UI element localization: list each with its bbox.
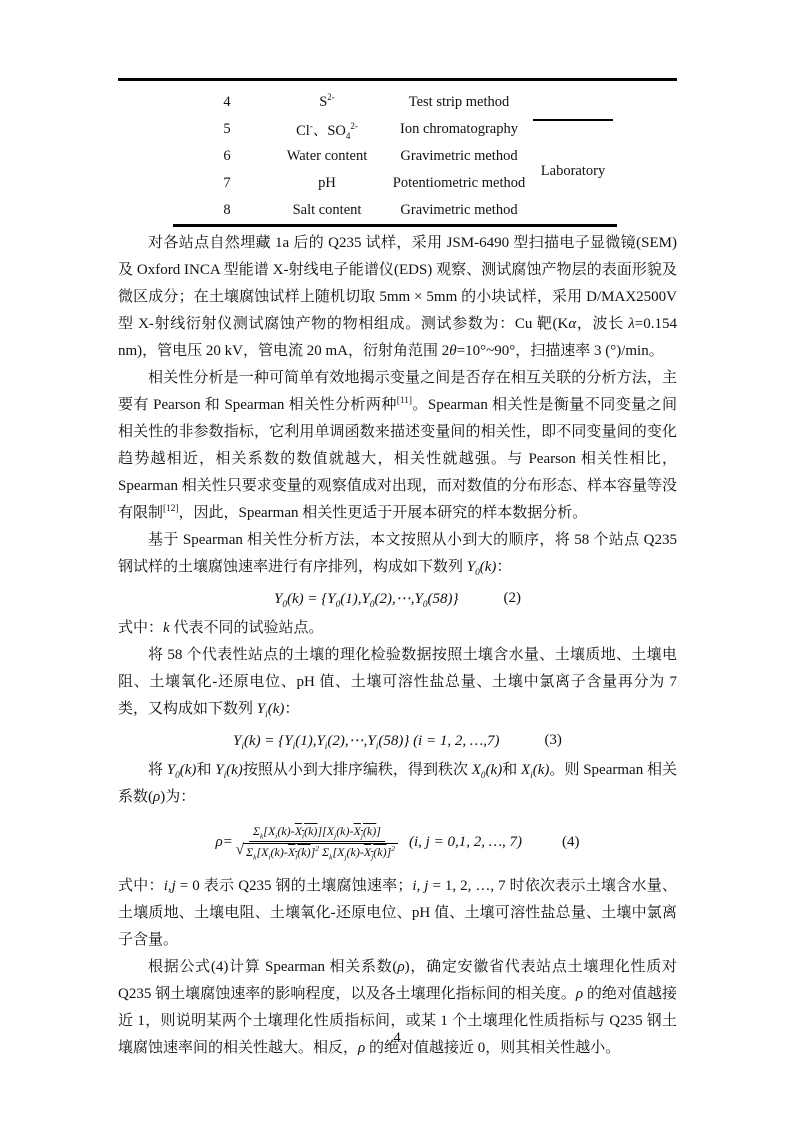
- table-cell-item: Salt content: [277, 202, 377, 219]
- table-cell-item: pH: [277, 175, 377, 192]
- equation: Y0(k) = {Y0(1),Y0(2),⋯,Y0(58)}(2): [118, 583, 677, 613]
- fraction-numerator: Σk[Xi(k)-Xi(k)][Xj(k)-Xj(k)]: [249, 824, 385, 842]
- table-bottom-rule: [173, 224, 617, 227]
- radicand: Σk[Xi(k)-Xi(k)]2 Σk[Xj(k)-Xj(k)]2: [243, 843, 398, 860]
- paragraph: 将 58 个代表性站点的土壤的理化检验数据按照土壤含水量、土壤质地、土壤电阻、土…: [118, 642, 677, 723]
- table-cell-method: Gravimetric method: [377, 202, 541, 219]
- text-block: 4 S2- Test strip method 5 Cl-、SO42- Ion …: [118, 78, 677, 1062]
- paragraph: 式中：i,j = 0 表示 Q235 钢的土壤腐蚀速率；i, j = 1, 2,…: [118, 873, 677, 954]
- table-cell-number: 8: [177, 202, 277, 219]
- equation-expression: Y0(k) = {Y0(1),Y0(2),⋯,Y0(58)}: [274, 589, 459, 608]
- table-cell-method: Ion chromatography: [377, 121, 541, 138]
- equation-number: (2): [504, 590, 522, 607]
- paragraph: 式中：k 代表不同的试验站点。: [118, 615, 677, 642]
- table-body: 4 S2- Test strip method 5 Cl-、SO42- Ion …: [118, 81, 677, 224]
- equation: ρ=Σk[Xi(k)-Xi(k)][Xj(k)-Xj(k)]√Σk[Xi(k)-…: [118, 813, 677, 871]
- table-cell-item: Cl-、SO42-: [277, 119, 377, 140]
- equation-number: (3): [544, 732, 562, 749]
- table-cell-number: 7: [177, 175, 277, 192]
- paragraph: 相关性分析是一种可简单有效地揭示变量之间是否存在相互关联的分析方法，主要有 Pe…: [118, 365, 677, 527]
- table-cell-number: 4: [177, 94, 277, 111]
- paragraph: 将 Y0(k)和 Yi(k)按照从小到大排序编秩，得到秩次 X0(k)和 Xi(…: [118, 757, 677, 811]
- fraction-denominator: √Σk[Xi(k)-Xi(k)]2 Σk[Xj(k)-Xj(k)]2: [236, 842, 398, 860]
- lab-cell: Laboratory: [523, 163, 623, 180]
- table-cell-item: S2-: [277, 94, 377, 111]
- table-cell-item: Water content: [277, 148, 377, 165]
- table-cell-method: Test strip method: [377, 94, 541, 111]
- table-cell-method: Gravimetric method: [377, 148, 541, 165]
- lab-column-divider: [533, 119, 613, 121]
- table-cell-number: 6: [177, 148, 277, 165]
- paragraph: 基于 Spearman 相关性分析方法，本文按照从小到大的顺序，将 58 个站点…: [118, 527, 677, 581]
- equation-lhs: ρ=: [215, 834, 232, 851]
- fraction: Σk[Xi(k)-Xi(k)][Xj(k)-Xj(k)]√Σk[Xi(k)-Xi…: [236, 824, 398, 860]
- equation-condition: (i, j = 0,1, 2, …, 7): [409, 834, 522, 851]
- table-row: 4 S2- Test strip method: [118, 89, 677, 116]
- equation-expression: Yi(k) = {Yi(1),Yi(2),⋯,Yi(58)} (i = 1, 2…: [233, 731, 499, 750]
- document-page: 4 S2- Test strip method 5 Cl-、SO42- Ion …: [0, 0, 794, 1123]
- paragraph: 对各站点自然埋藏 1a 后的 Q235 试样，采用 JSM-6490 型扫描电子…: [118, 230, 677, 365]
- equation-number: (4): [562, 834, 580, 851]
- table-cell-method: Potentiometric method: [377, 175, 541, 192]
- table-continuation: 4 S2- Test strip method 5 Cl-、SO42- Ion …: [118, 78, 677, 227]
- equation: Yi(k) = {Yi(1),Yi(2),⋯,Yi(58)} (i = 1, 2…: [118, 725, 677, 755]
- table-row: 8 Salt content Gravimetric method: [118, 197, 677, 224]
- body-text: 对各站点自然埋藏 1a 后的 Q235 试样，采用 JSM-6490 型扫描电子…: [118, 230, 677, 1062]
- table-cell-number: 5: [177, 121, 277, 138]
- page-number: 4: [0, 1030, 794, 1047]
